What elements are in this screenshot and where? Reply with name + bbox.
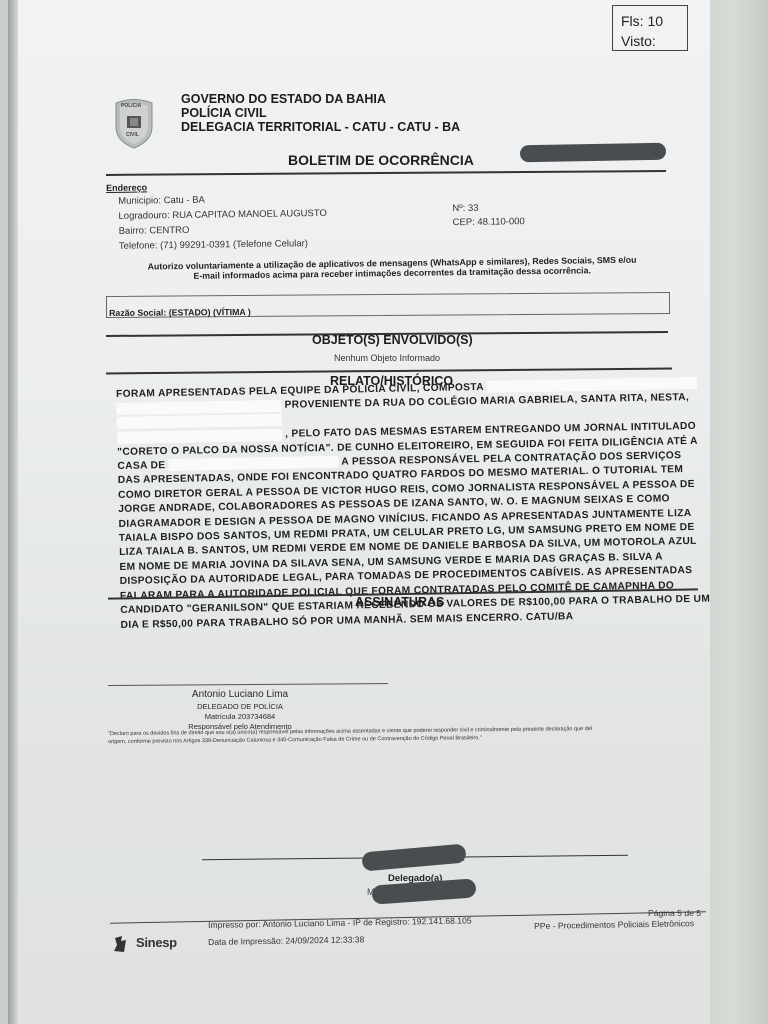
attendant-signature-block: Antonio Luciano Lima DELEGADO DE POLÍCIA…	[160, 689, 320, 731]
redacted-text	[117, 428, 282, 443]
address-logradouro: Logradouro: RUA CAPITAO MANOEL AUGUSTO	[118, 207, 327, 224]
header-delegacia: DELEGACIA TERRITORIAL - CATU - CATU - BA	[181, 120, 460, 134]
sinesp-logo-text: Sinesp	[136, 935, 177, 950]
objetos-title: OBJETO(S) ENVOLVIDO(S)	[312, 333, 473, 347]
agency-header: GOVERNO DO ESTADO DA BAHIA POLÍCIA CIVIL…	[181, 92, 460, 134]
address-numero: Nº: 33	[452, 202, 478, 216]
page-edge-shadow	[8, 0, 18, 1024]
address-section: Endereço Municipio: Catu - BA Logradouro…	[106, 175, 667, 253]
document-title: BOLETIM DE OCORRÊNCIA	[288, 152, 474, 168]
redacted-text	[116, 400, 281, 415]
badge-top-text: POLICIA	[121, 103, 141, 109]
footer-page-number: Página 5 de 5	[648, 908, 701, 918]
objetos-value: Nenhum Objeto Informado	[334, 351, 440, 365]
attendant-name: Antonio Luciano Lima	[160, 689, 320, 700]
sinesp-logo: Sinesp	[112, 934, 192, 954]
redacted-text	[487, 377, 697, 393]
address-telefone: Telefone: (71) 99291-0391 (Telefone Celu…	[119, 237, 308, 254]
redacted-report-number	[520, 143, 666, 163]
header-government: GOVERNO DO ESTADO DA BAHIA	[181, 92, 460, 106]
attendant-role: DELEGADO DE POLÍCIA	[160, 702, 320, 711]
address-bairro: Bairro: CENTRO	[119, 224, 190, 239]
folio-stamp-box: Fls: 10 Visto:	[612, 5, 688, 51]
redacted-text	[117, 414, 282, 429]
redacted-text	[168, 456, 338, 471]
background-surface	[706, 0, 768, 1024]
assinaturas-title: ASSINATURAS	[355, 595, 444, 609]
visto-label: Visto:	[621, 31, 687, 51]
address-municipio: Municipio: Catu - BA	[118, 194, 205, 209]
badge-bottom-text: CIVIL	[126, 132, 139, 138]
header-police: POLÍCIA CIVIL	[181, 106, 460, 120]
sinesp-logo-icon	[112, 934, 134, 954]
policia-civil-badge-icon: POLICIA CIVIL	[112, 97, 156, 149]
razao-social-value: Razão Social: (ESTADO) (VÍTIMA )	[109, 307, 251, 318]
address-label: Endereço	[106, 182, 147, 193]
razao-social-box: Razão Social: (ESTADO) (VÍTIMA )	[106, 292, 670, 318]
attendant-matricula: Matrícula 203734684	[160, 712, 320, 721]
address-cep: CEP: 48.110-000	[452, 215, 524, 230]
folio-number: Fls: 10	[621, 11, 687, 31]
